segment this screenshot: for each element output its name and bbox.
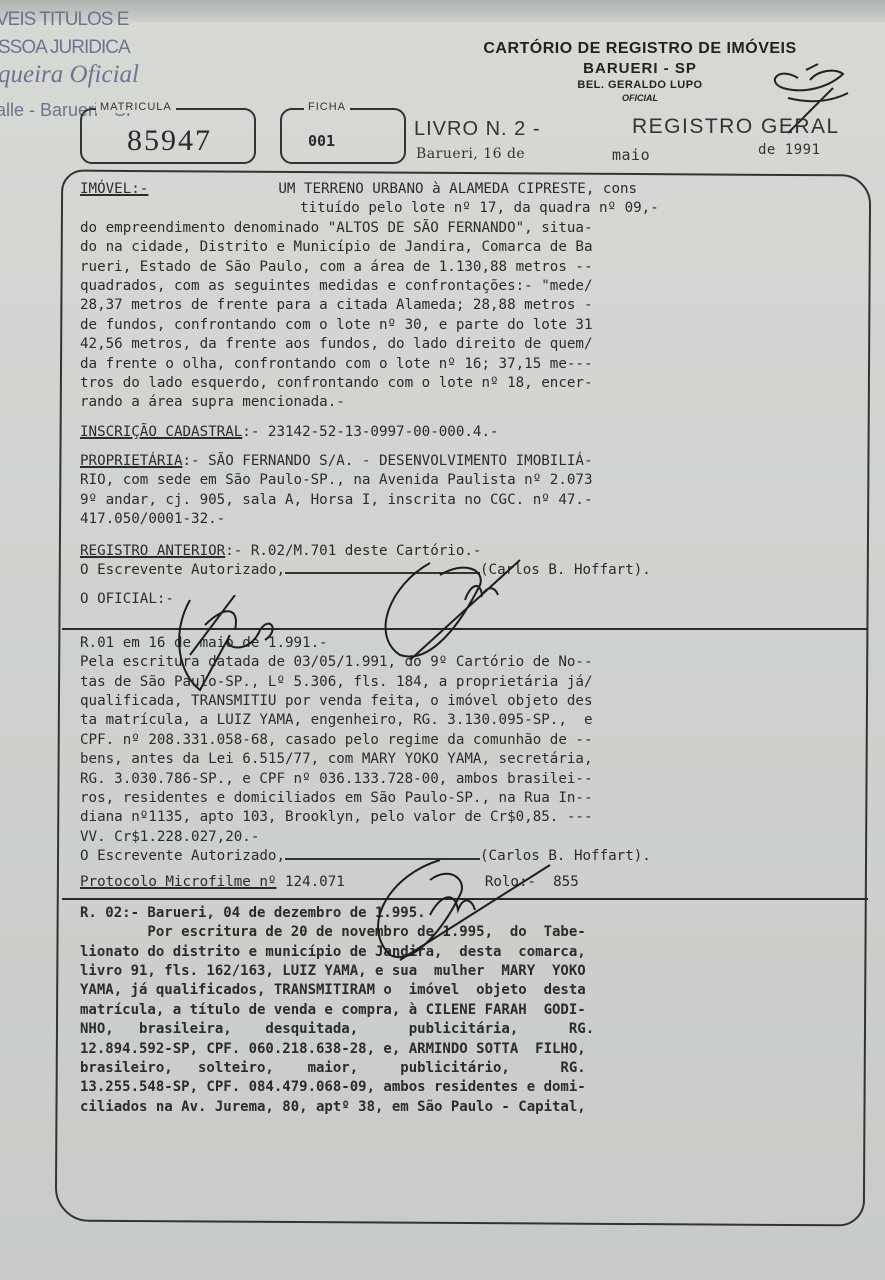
ficha-box: FICHA 001: [280, 108, 406, 164]
text-line: 28,37 metros de frente para a citada Ala…: [80, 296, 850, 315]
office-title: CARTÓRIO DE REGISTRO DE IMÓVEIS: [440, 40, 840, 58]
escrevente-line: O Escrevente Autorizado,(Carlos B. Hoffa…: [80, 561, 850, 580]
text-line: YAMA, já qualificados, TRANSMITIRAM o im…: [80, 981, 850, 1000]
text-line: tros do lado esquerdo, confrontando com …: [80, 374, 850, 393]
register-date: Barueri, 16 de maio de 1991: [416, 146, 525, 162]
inscricao-cadastral: INSCRIÇÃO CADASTRAL:- 23142-52-13-0997-0…: [80, 423, 850, 442]
text-line: CPF. nº 208.331.058-68, casado pelo regi…: [80, 731, 850, 750]
text-line: ros, residentes e domiciliados em São Pa…: [80, 789, 850, 808]
matricula-label: MATRICULA: [96, 101, 176, 113]
text-line: do na cidade, Distrito e Município de Ja…: [80, 238, 850, 257]
matricula-box: MATRICULA 85947: [80, 108, 256, 164]
text-line: RIO, com sede em São Paulo-SP., na Aveni…: [80, 471, 850, 490]
livro-number: LIVRO N. 2 -: [414, 118, 540, 141]
date-month: maio: [612, 146, 650, 164]
date-year: de 1991: [758, 142, 821, 158]
stamp-line: SSOA JURIDICA: [0, 38, 130, 57]
text-line: Pela escritura datada de 03/05/1.991, do…: [80, 653, 850, 672]
page-top-edge: [0, 0, 885, 22]
section-divider: [62, 898, 868, 900]
protocolo-line: Protocolo Microfilme nº 124.071Rolo:- 85…: [80, 873, 850, 892]
section-divider: [62, 628, 868, 630]
imovel-label: IMÓVEL:-: [80, 181, 148, 197]
text-line: 13.255.548-SP, CPF. 084.479.068-09, ambo…: [80, 1078, 850, 1097]
text-line: R. 02:- Barueri, 04 de dezembro de 1.995…: [80, 904, 850, 923]
text-line: Por escritura de 20 de novembro de 1.995…: [80, 923, 850, 942]
text-line: RG. 3.030.786-SP., e CPF nº 036.133.728-…: [80, 770, 850, 789]
text-line: rando a área supra mencionada.-: [80, 393, 850, 412]
text-line: ta matrícula, a LUIZ YAMA, engenheiro, R…: [80, 711, 850, 730]
text-line: diana nº1135, apto 103, Brooklyn, pelo v…: [80, 808, 850, 827]
text-line: do empreendimento denominado "ALTOS DE S…: [80, 219, 850, 238]
text-line: de fundos, confrontando com o lote nº 30…: [80, 316, 850, 335]
text-line: 12.894.592-SP, CPF. 060.218.638-28, e, A…: [80, 1040, 850, 1059]
text-line: matrícula, a título de venda e compra, à…: [80, 1001, 850, 1020]
text-line: tas de São Paulo-SP., Lº 5.306, fls. 184…: [80, 673, 850, 692]
text-line: 9º andar, cj. 905, sala A, Horsa I, insc…: [80, 491, 850, 510]
stamp-line: VEIS TITULOS E: [0, 10, 128, 29]
registro-geral-label: REGISTRO GERAL: [632, 115, 840, 139]
date-prefix: Barueri, 16 de: [416, 146, 525, 162]
matricula-number: 85947: [127, 124, 212, 158]
text-line: rueri, Estado de São Paulo, com a área d…: [80, 258, 850, 277]
ficha-label: FICHA: [304, 101, 350, 113]
text-line: lionato do distrito e município de Jandi…: [80, 943, 850, 962]
text-line: da frente o olha, confrontando com o lot…: [80, 355, 850, 374]
oficial-line: O OFICIAL:-: [80, 590, 850, 609]
registro-anterior: REGISTRO ANTERIOR:- R.02/M.701 deste Car…: [80, 542, 850, 561]
office-officer: BEL. GERALDO LUPO: [440, 79, 840, 91]
text-line: bens, antes da Lei 6.515/77, com MARY YO…: [80, 750, 850, 769]
document-page: VEIS TITULOS E SSOA JURIDICA queira Ofic…: [0, 0, 885, 1280]
text-line: 42,56 metros, da frente aos fundos, do l…: [80, 335, 850, 354]
text-line: NHO, brasileira, desquitada, publicitári…: [80, 1020, 850, 1039]
stamp-line: queira Oficial: [0, 62, 139, 87]
text-line: tituído pelo lote nº 17, da quadra nº 09…: [80, 199, 850, 218]
proprietaria-line: PROPRIETÁRIA:- SÃO FERNANDO S/A. - DESEN…: [80, 452, 850, 471]
text-line: 417.050/0001-32.-: [80, 510, 850, 529]
office-role: OFICIAL: [440, 93, 840, 103]
text-line: R.01 em 16 de maio de 1.991.-: [80, 634, 850, 653]
text-line: livro 91, fls. 162/163, LUIZ YAMA, e sua…: [80, 962, 850, 981]
ficha-number: 001: [308, 132, 335, 150]
text-line: VV. Cr$1.228.027,20.-: [80, 828, 850, 847]
text-line: quadrados, com as seguintes medidas e co…: [80, 277, 850, 296]
escrevente-line: O Escrevente Autorizado,(Carlos B. Hoffa…: [80, 847, 850, 866]
imovel-first-line: IMÓVEL:-UM TERRENO URBANO à ALAMEDA CIPR…: [80, 180, 850, 199]
text-line: ciliados na Av. Jurema, 80, aptº 38, em …: [80, 1098, 850, 1117]
registry-office-header: CARTÓRIO DE REGISTRO DE IMÓVEIS BARUERI …: [440, 40, 840, 103]
text-line: brasileiro, solteiro, maior, publicitári…: [80, 1059, 850, 1078]
record-content: IMÓVEL:-UM TERRENO URBANO à ALAMEDA CIPR…: [80, 176, 850, 1117]
office-city: BARUERI - SP: [440, 60, 840, 77]
text-line: qualificada, TRANSMITIU por venda feita,…: [80, 692, 850, 711]
